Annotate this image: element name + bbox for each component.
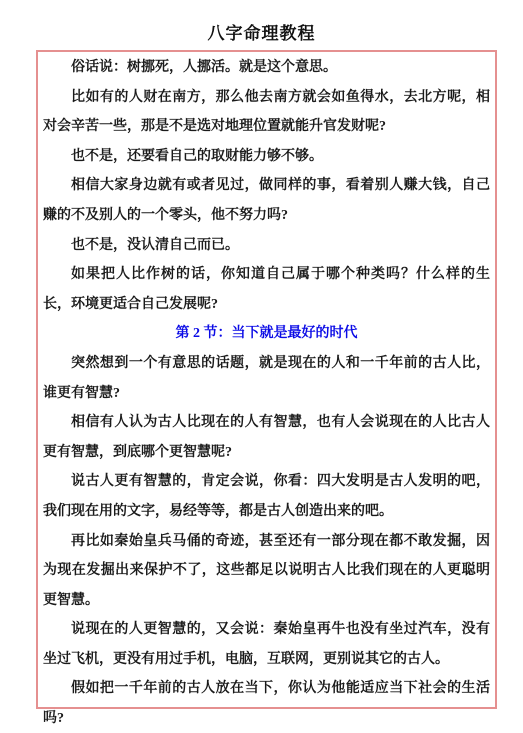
content-box: 俗话说：树挪死，人挪活。就是这个意思。比如有的人财在南方，那么他去南方就会如鱼得… — [36, 50, 497, 709]
paragraph: 说现在的人更智慧的，又会说：秦始皇再牛也没有坐过汽车，没有坐过飞机，更没有用过手… — [43, 615, 490, 674]
paragraph: 相信大家身边就有或者见过，做同样的事，看着别人赚大钱，自己赚的不及别人的一个零头… — [43, 171, 490, 230]
paragraph: 假如把一千年前的古人放在当下，你认为他能适应当下社会的生活吗? — [43, 674, 490, 733]
section-heading: 第 2 节：当下就是最好的时代 — [43, 319, 490, 349]
paragraph: 相信有人认为古人比现在的人有智慧，也有人会说现在的人比古人更有智慧，到底哪个更智… — [43, 408, 490, 467]
paragraph: 如果把人比作树的话，你知道自己属于哪个种类吗？什么样的生长，环境更适合自己发展呢… — [43, 260, 490, 319]
paragraph: 也不是，没认清自己而已。 — [43, 231, 490, 261]
paragraph: 说古人更有智慧的，肯定会说，你看：四大发明是古人发明的吧，我们现在用的文字，易经… — [43, 467, 490, 526]
paragraph: 也不是，还要看自己的取财能力够不够。 — [43, 142, 490, 172]
page-title: 八字命理教程 — [0, 0, 523, 44]
paragraph: 比如有的人财在南方，那么他去南方就会如鱼得水，去北方呢，相对会辛苦一些，那是不是… — [43, 83, 490, 142]
document-page: { "page": { "title": "八字命理教程" }, "colors… — [0, 0, 523, 733]
content-blocks: 俗话说：树挪死，人挪活。就是这个意思。比如有的人财在南方，那么他去南方就会如鱼得… — [43, 53, 490, 733]
paragraph: 再比如秦始皇兵马俑的奇迹，甚至还有一部分现在都不敢发掘，因为现在发掘出来保护不了… — [43, 527, 490, 616]
paragraph: 俗话说：树挪死，人挪活。就是这个意思。 — [43, 53, 490, 83]
paragraph: 突然想到一个有意思的话题，就是现在的人和一千年前的古人比，谁更有智慧? — [43, 349, 490, 408]
